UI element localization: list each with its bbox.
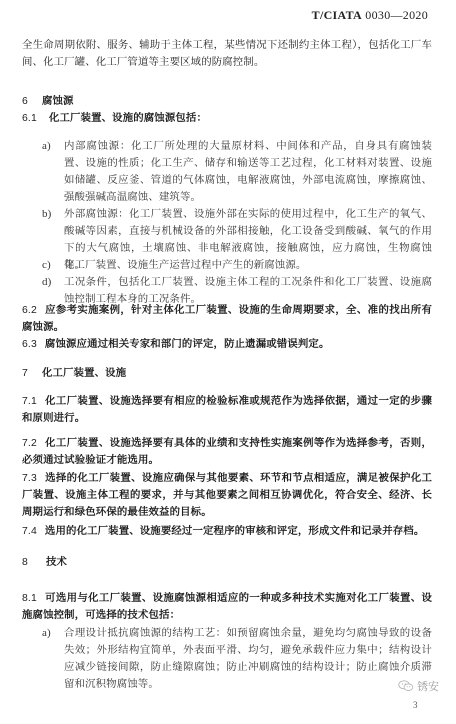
clause-8-1: 8.1可选用与化工厂装置、设施腐蚀源相适应的一种或多种技术实施对化工厂装置、设施… (22, 590, 432, 624)
clause-text: 可选用与化工厂装置、设施腐蚀源相适应的一种或多种技术实施对化工厂装置、设施腐蚀控… (22, 592, 432, 621)
clause-6-2: 6.2应参考实施案例，针对主体化工厂装置、设施的生命周期要求，全、准的找出所有腐… (22, 302, 432, 336)
item-label: a) (42, 138, 51, 155)
clause-number: 6.3 (22, 336, 37, 353)
continuation-paragraph: 全生命周期依附、服务、辅助于主体工程，某些情况下还制约主体工程），包括化工厂车间… (22, 37, 432, 71)
clause-number: 8.1 (22, 590, 37, 607)
item-text: 内部腐蚀源：化工厂所处理的大量原材料、中间体和产品，自身具有腐蚀装置、设施的性质… (64, 138, 432, 206)
wechat-icon (398, 680, 414, 692)
section-6-heading: 6腐蚀源 (22, 93, 432, 110)
clause-text: 选用的化工厂装置、设施要经过一定程序的审核和评定，形成文件和记录并存档。 (45, 525, 424, 537)
clause-7-1: 7.1化工厂装置、设施选择要有相应的检验标准或规范作为选择依据，通过一定的步骤和… (22, 393, 432, 427)
section-number: 8 (22, 554, 28, 571)
section-title: 化工厂装置、设施 (42, 367, 126, 379)
standard-code-number: 0030—2020 (365, 8, 428, 22)
standard-code-header: T/CIATA 0030—2020 (312, 8, 428, 23)
clause-number: 6.2 (22, 302, 37, 319)
section-7-heading: 7化工厂装置、设施 (22, 365, 432, 382)
section-number: 6 (22, 93, 28, 110)
clause-number: 7.3 (22, 470, 37, 487)
item-label: b) (42, 206, 51, 223)
clause-number: 6.1 (22, 110, 37, 127)
page-number: 3 (413, 700, 418, 710)
section-title: 技术 (46, 556, 67, 568)
clause-text: 腐蚀源应通过相关专家和部门的评定，防止遗漏或错误判定。 (45, 338, 330, 350)
clause-text: 化工厂装置、设施选择要有相应的检验标准或规范作为选择依据，通过一定的步骤和原则进… (22, 395, 432, 424)
list-item-6-1-c: c) 化工厂装置、设施生产运营过程中产生的新腐蚀源。 (42, 257, 432, 274)
clause-text: 选择的化工厂装置、设施应确保与其他要素、环节和节点相适应，满足被保护化工厂装置、… (22, 472, 432, 518)
clause-number: 7.4 (22, 523, 37, 540)
section-title: 腐蚀源 (42, 95, 74, 107)
clause-7-2: 7.2化工厂装置、设施选择要有具体的业绩和支持性实施案例等作为选择参考，否则，必… (22, 435, 432, 469)
clause-6-1: 6.1化工厂装置、设施的腐蚀源包括： (22, 110, 432, 127)
clause-7-3: 7.3选择的化工厂装置、设施应确保与其他要素、环节和节点相适应，满足被保护化工厂… (22, 470, 432, 521)
item-label: d) (42, 274, 51, 291)
section-number: 7 (22, 365, 28, 382)
clause-7-4: 7.4选用的化工厂装置、设施要经过一定程序的审核和评定，形成文件和记录并存档。 (22, 523, 432, 540)
standard-code-prefix: T/CIATA (312, 8, 362, 22)
clause-number: 7.1 (22, 393, 37, 410)
list-item-6-1-a: a) 内部腐蚀源：化工厂所处理的大量原材料、中间体和产品，自身具有腐蚀装置、设施… (42, 138, 432, 206)
list-item-8-1-a: a) 合理设计抵抗腐蚀源的结构工艺：如预留腐蚀余量，避免均匀腐蚀导致的设备失效；… (42, 625, 432, 693)
item-text: 化工厂装置、设施生产运营过程中产生的新腐蚀源。 (64, 257, 432, 274)
clause-text: 化工厂装置、设施选择要有具体的业绩和支持性实施案例等作为选择参考，否则，必须通过… (22, 437, 432, 466)
watermark: 锈安 (398, 678, 439, 694)
clause-text: 化工厂装置、设施的腐蚀源包括： (49, 112, 207, 124)
clause-text: 应参考实施案例，针对主体化工厂装置、设施的生命周期要求，全、准的找出所有腐蚀源。 (22, 304, 432, 333)
item-label: a) (42, 625, 51, 642)
watermark-text: 锈安 (417, 678, 439, 694)
item-label: c) (42, 257, 51, 274)
clause-number: 7.2 (22, 435, 37, 452)
clause-6-3: 6.3腐蚀源应通过相关专家和部门的评定，防止遗漏或错误判定。 (22, 336, 432, 353)
document-page: T/CIATA 0030—2020 全生命周期依附、服务、辅助于主体工程，某些情… (0, 0, 456, 724)
section-8-heading: 8技术 (22, 554, 432, 571)
item-text: 合理设计抵抗腐蚀源的结构工艺：如预留腐蚀余量，避免均匀腐蚀导致的设备失效；外形结… (64, 625, 432, 693)
